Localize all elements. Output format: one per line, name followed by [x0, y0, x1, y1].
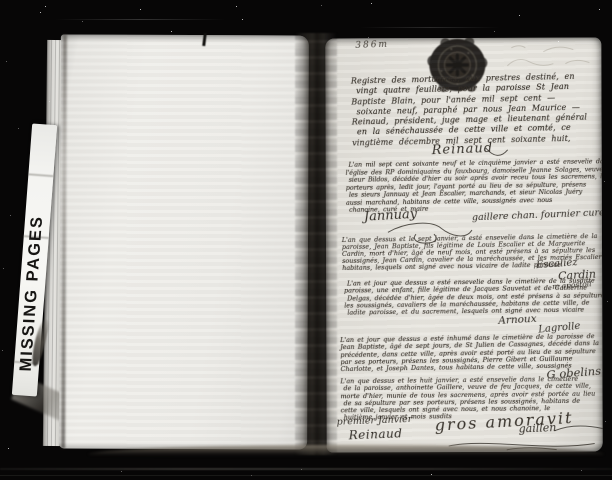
microfilm-scan: 386m Regist: [0, 0, 612, 480]
left-page-blank: [59, 34, 309, 449]
signature-jannuay: Jannuay: [364, 207, 418, 225]
register-entry-burial-1: L'an mil sept cent soixante neuf et le c…: [345, 158, 602, 214]
film-scratch: [55, 19, 225, 20]
register-entry-opening: Registre des mortuaires, aux prestres de…: [351, 71, 594, 148]
page-bottom-edge: [88, 445, 604, 457]
faint-ink-marks: [503, 40, 595, 74]
dust-specks-bright: [0, 0, 1, 1]
right-page-manuscript: 386m Regist: [325, 38, 602, 453]
signature-arnoux: Arnoux: [498, 313, 537, 327]
signature-gaillen: gaillen: [518, 421, 556, 435]
scanner-bed-line: [0, 475, 612, 476]
manuscript-line: ladite paroisse, et du sacrement, lesque…: [347, 307, 602, 317]
dust-specks-dim: [0, 0, 1, 1]
folio-mark: 386m: [355, 40, 389, 51]
film-scratch: [360, 27, 500, 28]
bookmark-seam: [28, 173, 53, 177]
signature-reinaud-top: Reinaud: [431, 141, 493, 158]
book-gutter: [295, 33, 337, 455]
scanner-bed-line: [0, 468, 612, 470]
signature-reinaud-bottom: Reinaud: [348, 426, 402, 442]
page-crease: [61, 34, 67, 448]
